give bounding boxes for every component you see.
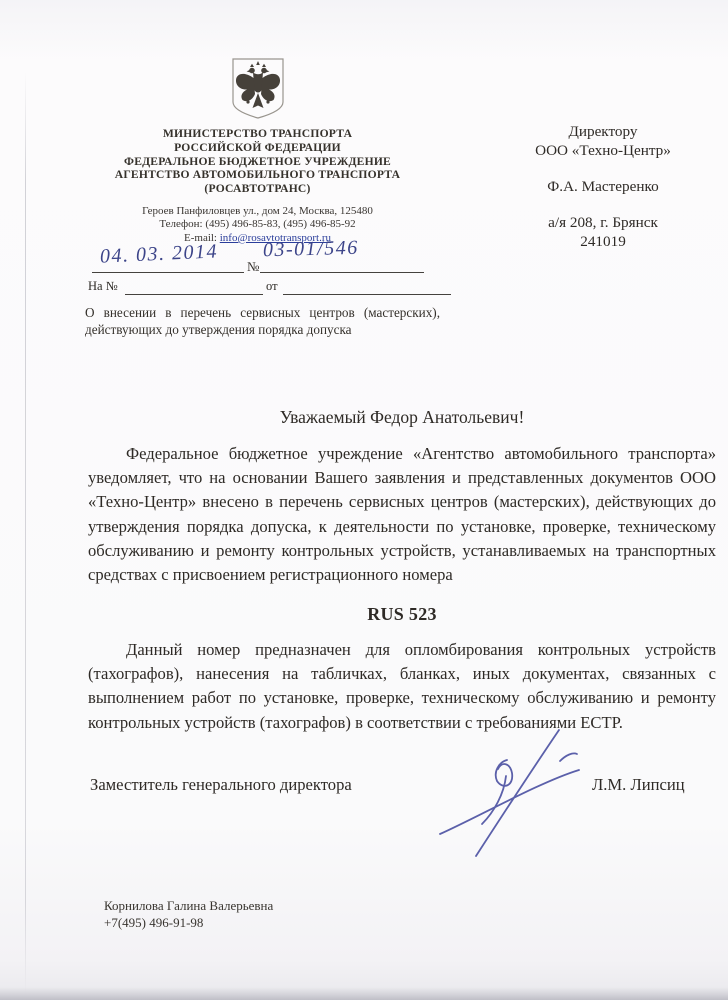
reply-number-underline bbox=[125, 294, 263, 295]
registration-number: RUS 523 bbox=[88, 604, 716, 625]
signer-name: Л.М. Липсиц bbox=[592, 775, 685, 795]
body-paragraph-2: Данный номер предназначен для опломбиров… bbox=[88, 638, 716, 735]
number-underline bbox=[260, 272, 424, 273]
recipient-block: Директору ООО «Техно-Центр» Ф.А. Мастере… bbox=[497, 122, 709, 251]
letterhead-contacts: Героев Панфиловцев ул., дом 24, Москва, … bbox=[85, 205, 430, 245]
scan-bottom-edge bbox=[0, 987, 728, 1000]
recipient-postcode: 241019 bbox=[497, 232, 709, 251]
handwritten-signature bbox=[428, 720, 593, 865]
executor-contact-block: Корнилова Галина Валерьевна +7(495) 496-… bbox=[104, 898, 273, 931]
org-name-line: (РОСАВТОТРАНС) bbox=[85, 182, 430, 196]
reply-date-underline bbox=[283, 294, 451, 295]
coat-of-arms-icon bbox=[230, 58, 286, 120]
scan-shading bbox=[0, 0, 728, 60]
org-address: Героев Панфиловцев ул., дом 24, Москва, … bbox=[85, 205, 430, 218]
recipient-title: Директору bbox=[497, 122, 709, 141]
date-underline bbox=[92, 272, 244, 273]
recipient-person: Ф.А. Мастеренко bbox=[497, 177, 709, 196]
salutation: Уважаемый Федор Анатольевич! bbox=[88, 407, 716, 428]
reply-from-label: от bbox=[266, 279, 278, 294]
scanned-letter-page: МИНИСТЕРСТВО ТРАНСПОРТА РОССИЙСКОЙ ФЕДЕР… bbox=[0, 0, 728, 1000]
reply-to-label: На № bbox=[88, 279, 118, 294]
executor-phone: +7(495) 496-91-98 bbox=[104, 915, 273, 932]
executor-name: Корнилова Галина Валерьевна bbox=[104, 898, 273, 915]
letterhead: МИНИСТЕРСТВО ТРАНСПОРТА РОССИЙСКОЙ ФЕДЕР… bbox=[85, 58, 430, 245]
org-phone: Телефон: (495) 496-85-83, (495) 496-85-9… bbox=[85, 218, 430, 231]
recipient-company: ООО «Техно-Центр» bbox=[497, 141, 709, 160]
org-name-line: МИНИСТЕРСТВО ТРАНСПОРТА bbox=[85, 127, 430, 141]
scan-page-edge bbox=[25, 72, 26, 994]
body-paragraph-1: Федеральное бюджетное учреждение «Агентс… bbox=[88, 442, 716, 587]
handwritten-outgoing-number: 03-01/546 bbox=[263, 237, 359, 262]
handwritten-date: 04. 03. 2014 bbox=[100, 240, 219, 268]
signer-position: Заместитель генерального директора bbox=[90, 775, 352, 795]
recipient-address: а/я 208, г. Брянск bbox=[497, 213, 709, 232]
org-name-line: АГЕНТСТВО АВТОМОБИЛЬНОГО ТРАНСПОРТА bbox=[85, 168, 430, 182]
letter-subject: О внесении в перечень сервисных центров … bbox=[85, 305, 440, 338]
org-name-line: ФЕДЕРАЛЬНОЕ БЮДЖЕТНОЕ УЧРЕЖДЕНИЕ bbox=[85, 155, 430, 169]
org-name-line: РОССИЙСКОЙ ФЕДЕРАЦИИ bbox=[85, 141, 430, 155]
number-sign-label: № bbox=[247, 259, 259, 275]
